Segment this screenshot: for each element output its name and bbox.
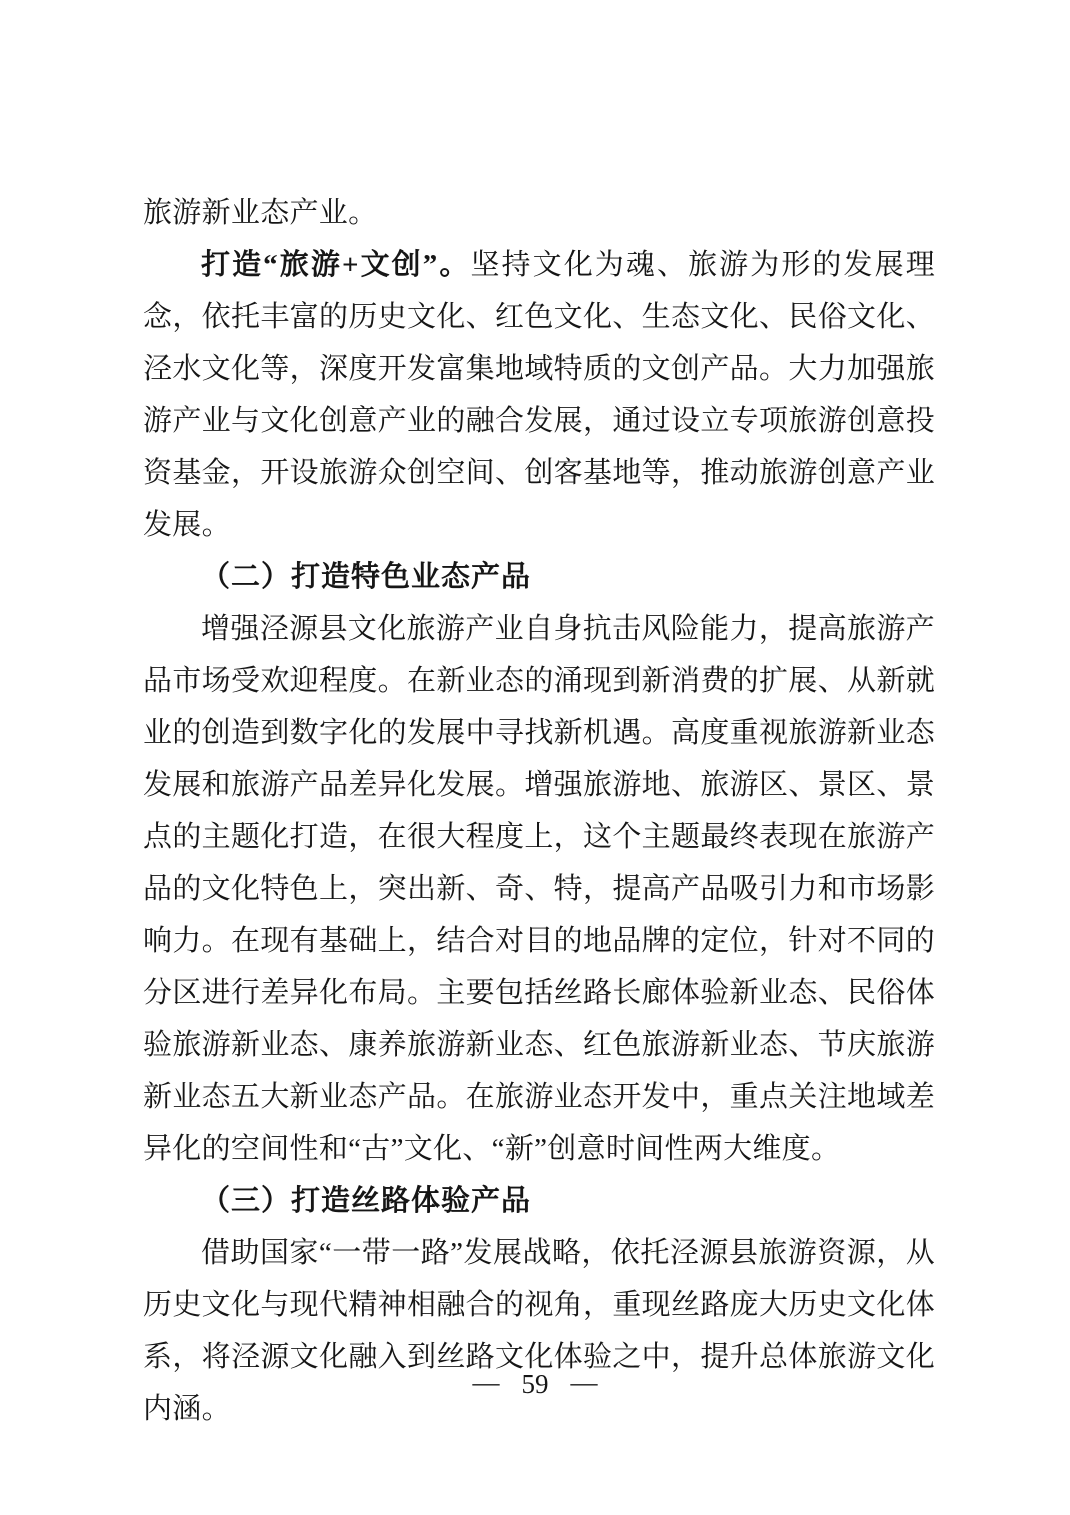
paragraph: 旅游新业态产业。 (143, 187, 935, 239)
page-body: 旅游新业态产业。打造“旅游+文创”。坚持文化为魂、旅游为形的发展理念，依托丰富的… (143, 187, 935, 1435)
footer-dash-left: — (473, 1362, 500, 1402)
text-segment: 旅游新业态产业。 (143, 197, 377, 229)
page-number: 59 (522, 1369, 549, 1399)
section-heading: （三）打造丝路体验产品 (143, 1175, 935, 1227)
footer-dash-right: — (571, 1362, 598, 1402)
bold-text-segment: （二）打造特色业态产品 (201, 561, 531, 593)
section-heading: （二）打造特色业态产品 (143, 551, 935, 603)
text-segment: 增强泾源县文化旅游产业自身抗击风险能力，提高旅游产品市场受欢迎程度。在新业态的涌… (143, 613, 935, 1165)
paragraph: 打造“旅游+文创”。坚持文化为魂、旅游为形的发展理念，依托丰富的历史文化、红色文… (143, 239, 935, 551)
text-segment: 坚持文化为魂、旅游为形的发展理念，依托丰富的历史文化、红色文化、生态文化、民俗文… (143, 249, 935, 541)
paragraph: 增强泾源县文化旅游产业自身抗击风险能力，提高旅游产品市场受欢迎程度。在新业态的涌… (143, 603, 935, 1175)
bold-text-segment: （三）打造丝路体验产品 (201, 1185, 531, 1217)
bold-text-segment: 打造“旅游+文创”。 (201, 249, 470, 281)
page-footer: —59— (0, 1364, 1070, 1404)
document-page: 旅游新业态产业。打造“旅游+文创”。坚持文化为魂、旅游为形的发展理念，依托丰富的… (0, 0, 1070, 1515)
